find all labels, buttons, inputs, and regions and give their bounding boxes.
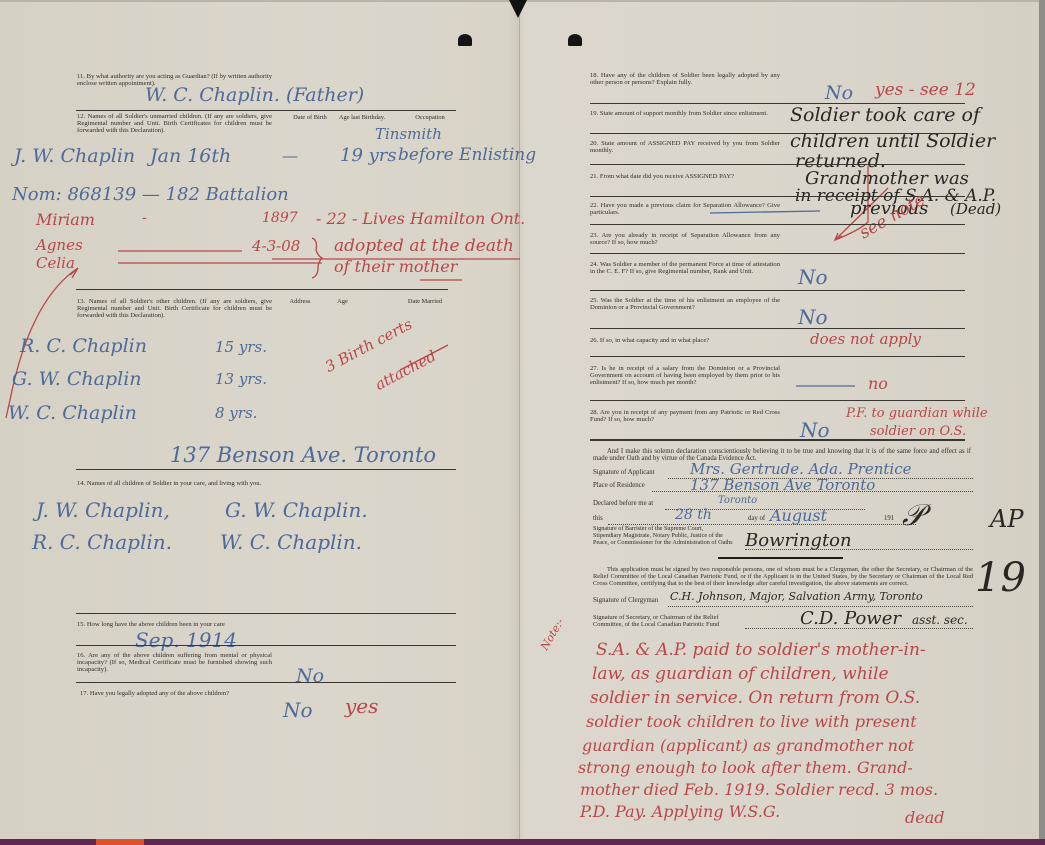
- month-value: August: [770, 506, 827, 525]
- note-line: soldier in service. On return from O.S.: [590, 688, 920, 708]
- question-23: 23. Are you already in receipt of Separa…: [590, 232, 780, 246]
- q16-answer: No: [296, 665, 324, 687]
- question-24: 24. Was Soldier a member of the permanen…: [590, 261, 780, 275]
- note-line: law, as guardian of children, while: [592, 664, 889, 684]
- barrister-label: Signature of Barrister of the Supreme Co…: [593, 526, 733, 546]
- question-19: 19. State amount of support monthly from…: [590, 110, 780, 117]
- q28-red-answer-2: soldier on O.S.: [870, 424, 966, 439]
- other-child-age: 8 yrs.: [215, 404, 257, 422]
- question-27: 27. Is he in receipt of a salary from th…: [590, 365, 780, 387]
- q26-red-answer: does not apply: [810, 330, 921, 348]
- care-child-name: G. W. Chaplin.: [225, 498, 368, 522]
- note-line: guardian (applicant) as grandmother not: [582, 736, 914, 755]
- q25-answer: No: [798, 305, 828, 329]
- scan-edge: [1039, 0, 1045, 839]
- col-date-married: Date Married: [400, 298, 450, 305]
- year-label: 191: [884, 515, 894, 522]
- divider: [590, 400, 965, 401]
- secretary-title: asst. sec.: [912, 613, 968, 627]
- other-child-age: 13 yrs.: [215, 370, 267, 388]
- divider: [590, 356, 965, 357]
- divider: [76, 469, 456, 470]
- other-child-name: R. C. Chaplin: [20, 335, 147, 357]
- divider: [590, 290, 965, 291]
- care-child-name: W. C. Chaplin.: [220, 530, 362, 554]
- q17-answer: No: [283, 698, 313, 722]
- barrister-signature: Bowrington: [745, 530, 852, 551]
- clergyman-label: Signature of Clergyman: [593, 597, 658, 604]
- col-address: Address: [280, 298, 320, 305]
- taskbar-active-indicator[interactable]: [96, 839, 144, 845]
- divider: [76, 289, 448, 290]
- day-value: 28 th: [675, 507, 712, 523]
- divider: [590, 224, 965, 225]
- note-line: P.D. Pay. Applying W.S.G.: [580, 802, 780, 821]
- question-25: 25. Was the Soldier at the time of his e…: [590, 297, 780, 311]
- q15-answer: Sep. 1914: [135, 628, 237, 652]
- certification-text: This application must be signed by two r…: [593, 566, 973, 587]
- q27-red-answer: no: [868, 374, 888, 393]
- q28-red-answer-1: P.F. to guardian while: [846, 406, 988, 421]
- divider: [76, 682, 456, 683]
- address-handwritten: 137 Benson Ave. Toronto: [170, 443, 436, 467]
- other-child-age: 15 yrs.: [215, 338, 267, 356]
- residence-value: 137 Benson Ave Toronto: [690, 476, 875, 494]
- q18-red-answer: yes - see 12: [875, 80, 976, 100]
- question-14: 14. Names of all children of Soldier in …: [77, 480, 277, 487]
- q19-answer: Soldier took care of: [790, 104, 980, 126]
- taskbar-strip: [0, 839, 1045, 845]
- secretary-label: Signature of Secretary, or Chairman of t…: [593, 614, 743, 628]
- question-22: 22. Have you made a previous claim for S…: [590, 202, 780, 216]
- applicant-signature-label: Signature of Applicant: [593, 469, 655, 476]
- divider: [718, 557, 843, 559]
- question-18: 18. Have any of the children of Soldier …: [590, 72, 780, 86]
- dotted-line: [668, 606, 973, 607]
- this-label: this: [593, 515, 603, 522]
- question-16: 16. Are any of the above children suffer…: [77, 652, 272, 674]
- secretary-signature: C.D. Power: [800, 608, 901, 629]
- question-17: 17. Have you legally adopted any of the …: [80, 690, 290, 697]
- clergyman-signature: C.H. Johnson, Major, Salvation Army, Tor…: [670, 590, 923, 603]
- day-of-label: day of: [748, 515, 765, 522]
- q17-red-answer: yes: [345, 694, 378, 718]
- divider: [590, 439, 965, 441]
- question-28: 28. Are you in receipt of any payment fr…: [590, 409, 780, 423]
- margin-number: 19: [975, 555, 1026, 601]
- q22-bracket-note: (Dead): [950, 200, 1001, 218]
- other-child-name: W. C. Chaplin: [8, 402, 137, 424]
- scanned-document: 11. By what authority are you acting as …: [0, 0, 1039, 839]
- question-21: 21. From what date did you receive ASSIG…: [590, 173, 780, 180]
- note-signature: dead: [905, 808, 945, 827]
- initials: AP: [990, 505, 1023, 533]
- question-13: 13. Names of all Soldier's other childre…: [77, 298, 272, 320]
- divider: [590, 164, 965, 165]
- note-line: mother died Feb. 1919. Soldier recd. 3 m…: [580, 780, 938, 799]
- question-20: 20. State amount of ASSIGNED PAY receive…: [590, 140, 780, 154]
- note-line: strong enough to look after them. Grand-: [578, 758, 913, 777]
- q18-answer: No: [825, 82, 853, 104]
- note-line: S.A. & A.P. paid to soldier's mother-in-: [596, 640, 926, 660]
- declared-at-value: Toronto: [718, 495, 757, 506]
- divider: [76, 613, 456, 614]
- declared-before-label: Declared before me at: [593, 500, 653, 507]
- residence-label: Place of Residence: [593, 482, 645, 489]
- divider: [76, 645, 456, 646]
- other-child-name: G. W. Chaplin: [12, 368, 142, 390]
- col-age: Age: [330, 298, 355, 305]
- signature-flourish: 𝒫: [902, 498, 924, 533]
- care-child-name: J. W. Chaplin,: [36, 498, 170, 522]
- divider: [590, 253, 965, 254]
- q24-answer: No: [798, 265, 828, 289]
- note-line: soldier took children to live with prese…: [586, 712, 917, 731]
- q20-answer: children until Soldier: [790, 130, 995, 152]
- divider: [590, 328, 965, 329]
- question-26: 26. If so, in what capacity and in what …: [590, 337, 780, 344]
- care-child-name: R. C. Chaplin.: [32, 530, 172, 554]
